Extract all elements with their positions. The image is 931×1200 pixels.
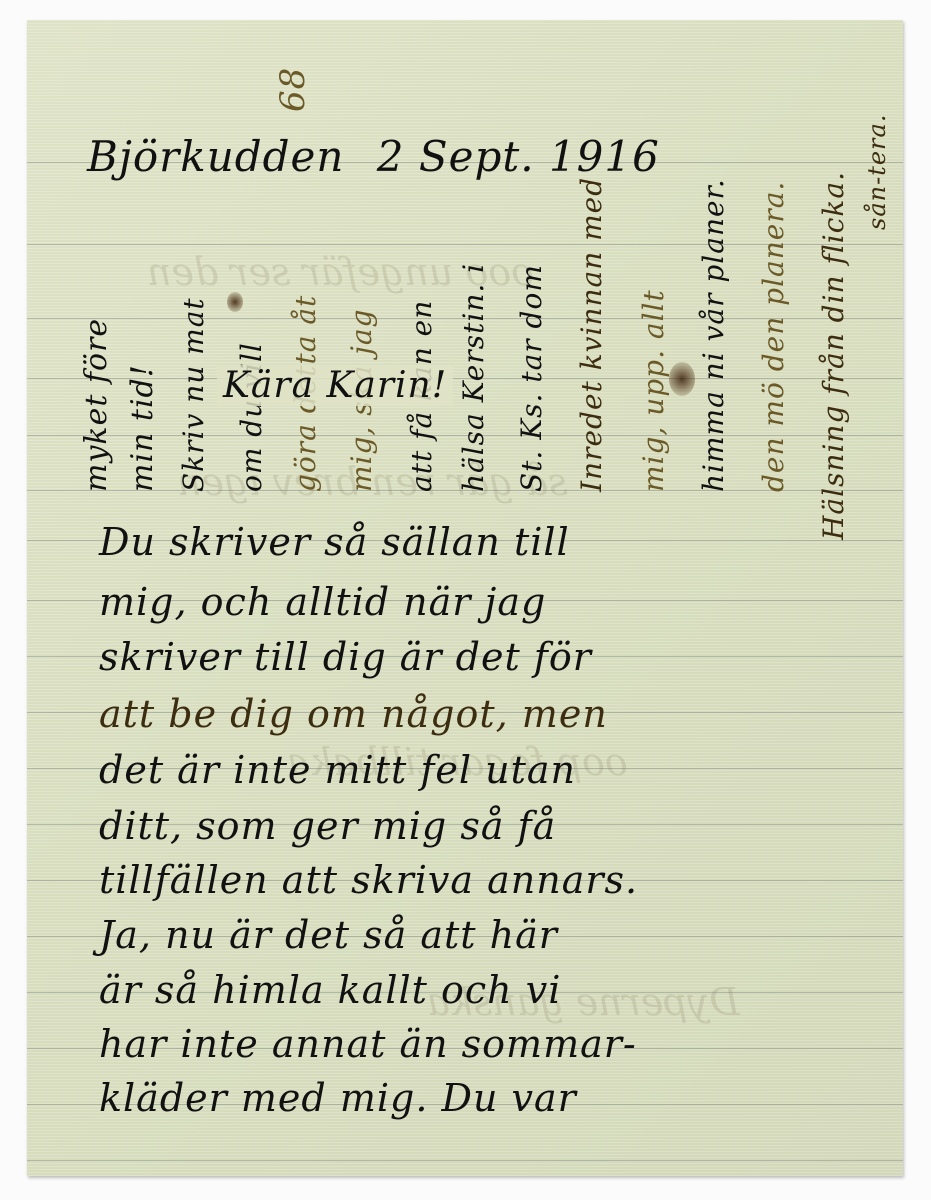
ink-blot <box>669 362 695 396</box>
margin-column: St. Ks. tar dom <box>515 264 548 492</box>
body-line: har inte annat än sommar- <box>99 1022 637 1066</box>
body-line: det är inte mitt fel utan <box>99 748 576 792</box>
margin-column: sån-tera. <box>863 114 891 230</box>
body-line: tillfällen att skriva annars. <box>99 858 638 902</box>
body-line: är så himla kallt och vi <box>99 968 561 1012</box>
margin-column: Inredet kvinnan med <box>575 177 608 492</box>
margin-column: Hälsning från din flicka. <box>817 171 850 540</box>
letter-date: 2 Sept. 1916 <box>377 132 660 181</box>
salutation: Kära Karin! <box>217 365 453 406</box>
body-line: Ja, nu är det så att här <box>99 913 558 957</box>
margin-column: den mö den planera. <box>757 181 790 492</box>
letter-header: Björkudden 2 Sept. 1916 <box>87 132 660 181</box>
ruled-line <box>27 1160 903 1161</box>
body-line: mig, och alltid när jag <box>99 580 546 624</box>
page-number-annotation: 68 <box>273 67 313 112</box>
margin-column: min tid! <box>125 364 160 492</box>
margin-column: hälsa Kerstin. i <box>457 263 490 492</box>
body-line: skriver till dig är det för <box>99 635 592 679</box>
margin-column: mig, upp. allt <box>637 289 670 492</box>
margin-column: himma ni vår planer. <box>697 178 730 492</box>
body-line: Du skriver så sällan till <box>99 520 570 564</box>
body-line: ditt, som ger mig så få <box>99 804 556 848</box>
margin-column: myket före <box>79 318 114 492</box>
letter-place: Björkudden <box>87 132 344 181</box>
ink-blot <box>227 292 243 312</box>
margin-column: Skriv nu mat <box>177 297 210 492</box>
body-line: kläder med mig. Du var <box>99 1076 577 1120</box>
body-line: att be dig om något, men <box>99 692 608 736</box>
letter-page: ooo ungefär ser den så går ren brev igen… <box>27 20 903 1176</box>
